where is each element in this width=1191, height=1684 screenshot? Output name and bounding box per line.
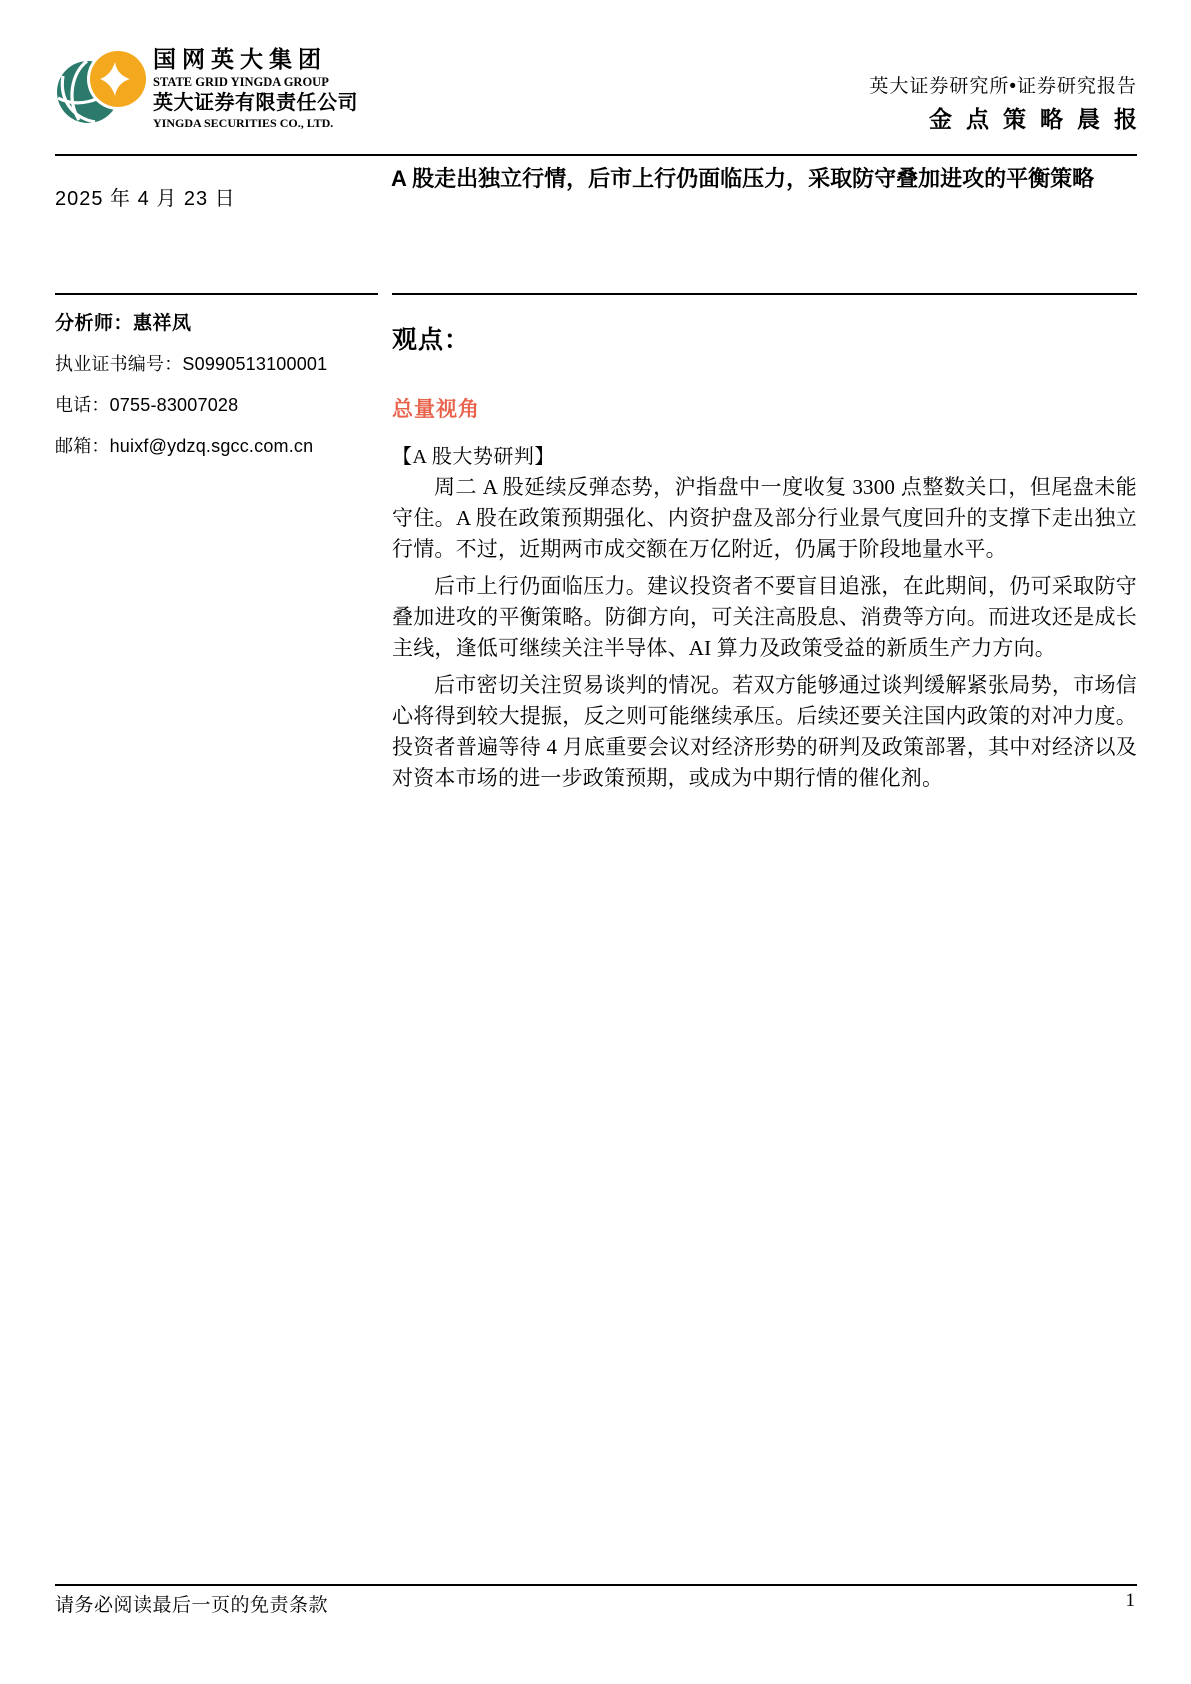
group-name-en: STATE GRID YINGDA GROUP <box>153 75 358 90</box>
subsection-heading: 【A 股大势研判】 <box>392 440 1137 469</box>
company-logo-text: 国网英大集团 STATE GRID YINGDA GROUP 英大证券有限责任公… <box>153 38 358 130</box>
analyst-sidebar: 分析师：惠祥凤 执业证书编号：S0990513100001 电话：0755-83… <box>55 293 378 458</box>
page-title: A 股走出独立行情，后市上行仍面临压力，采取防守叠加进攻的平衡策略 <box>391 160 1103 211</box>
analyst-name: 分析师：惠祥凤 <box>55 308 378 335</box>
viewpoint-heading: 观点： <box>392 320 1137 356</box>
analyst-phone: 电话：0755-83007028 <box>55 391 378 417</box>
page-footer: 请务必阅读最后一页的免责条款 1 <box>55 1584 1137 1617</box>
analyst-license: 执业证书编号：S0990513100001 <box>55 350 378 376</box>
company-name-cn: 英大证券有限责任公司 <box>153 92 358 115</box>
body-paragraph: 周二 A 股延续反弹态势，沪指盘中一度收复 3300 点整数关口，但尾盘未能守住… <box>392 472 1137 565</box>
company-logo-icon <box>57 38 147 136</box>
page-header: 国网英大集团 STATE GRID YINGDA GROUP 英大证券有限责任公… <box>57 38 1137 136</box>
company-logo: 国网英大集团 STATE GRID YINGDA GROUP 英大证券有限责任公… <box>57 38 358 136</box>
analyst-email: 邮箱：huixf@ydzq.sgcc.com.cn <box>55 432 378 458</box>
report-date: 2025 年 4 月 23 日 <box>55 160 375 211</box>
header-right: 英大证券研究所•证券研究报告 金点策略晨报 <box>869 74 1137 135</box>
report-page: 国网英大集团 STATE GRID YINGDA GROUP 英大证券有限责任公… <box>0 0 1191 1684</box>
section-heading: 总量视角 <box>392 393 1137 423</box>
content-columns: 分析师：惠祥凤 执业证书编号：S0990513100001 电话：0755-83… <box>55 293 1137 794</box>
group-name-cn: 国网英大集团 <box>153 46 358 73</box>
page-number: 1 <box>1126 1590 1138 1612</box>
research-institute-line: 英大证券研究所•证券研究报告 <box>869 74 1137 99</box>
header-divider <box>55 154 1137 156</box>
company-name-en: YINGDA SECURITIES CO., LTD. <box>153 116 358 130</box>
footer-disclaimer: 请务必阅读最后一页的免责条款 <box>55 1590 328 1617</box>
main-content: 观点： 总量视角 【A 股大势研判】 周二 A 股延续反弹态势，沪指盘中一度收复… <box>392 293 1137 794</box>
body-paragraph: 后市密切关注贸易谈判的情况。若双方能够通过谈判缓解紧张局势，市场信心将得到较大提… <box>392 670 1137 794</box>
title-row: 2025 年 4 月 23 日 A 股走出独立行情，后市上行仍面临压力，采取防守… <box>55 160 1137 211</box>
report-series-title: 金点策略晨报 <box>869 103 1151 135</box>
body-paragraph: 后市上行仍面临压力。建议投资者不要盲目追涨，在此期间，仍可采取防守叠加进攻的平衡… <box>392 571 1137 664</box>
